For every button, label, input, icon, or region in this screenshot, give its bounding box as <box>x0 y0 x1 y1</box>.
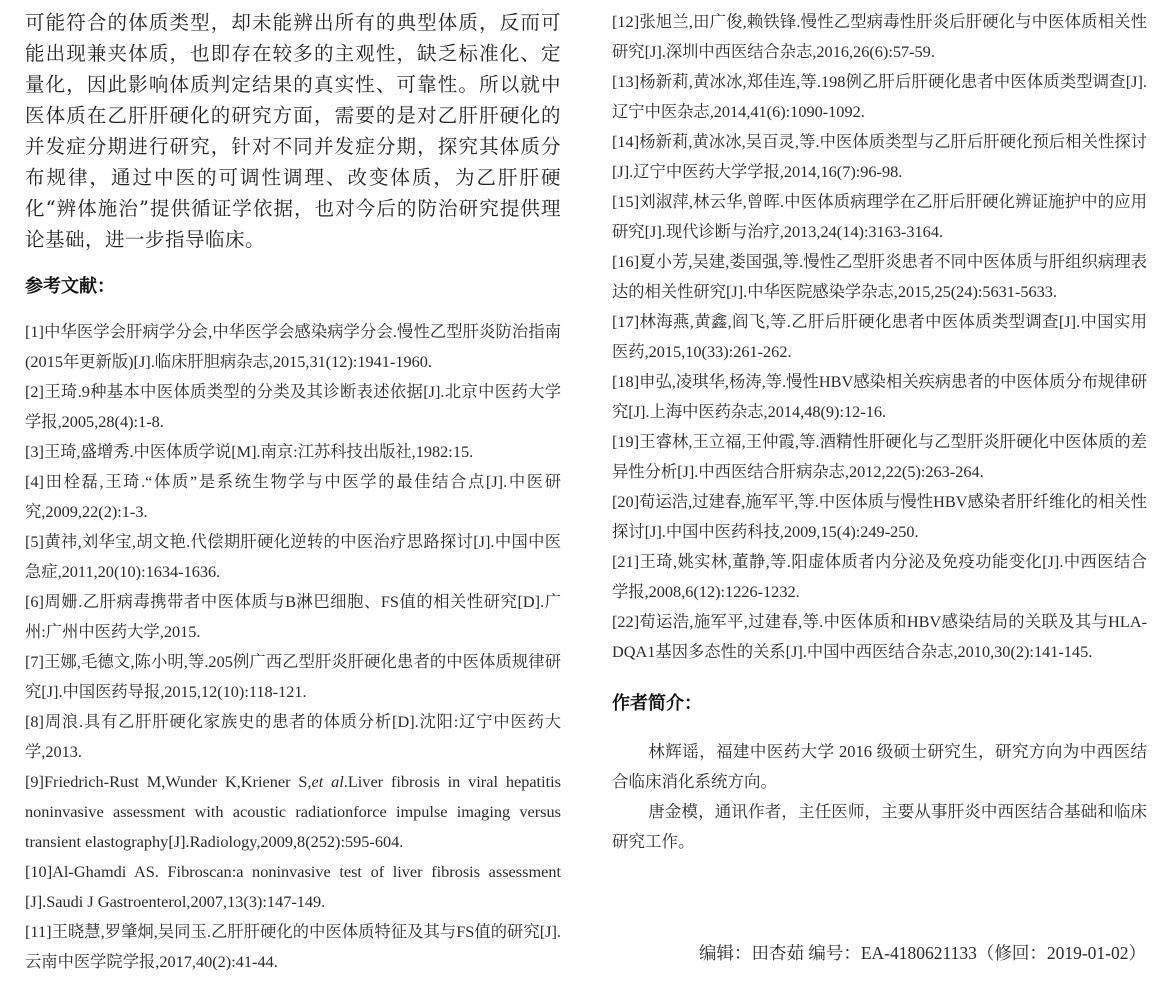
reference-item: [4]田栓磊,王琦.“体质”是系统生物学与中医学的最佳结合点[J].中医研究,2… <box>25 467 561 527</box>
reference-item: [2]王琦.9种基本中医体质类型的分类及其诊断表述依据[J].北京中医药大学学报… <box>25 377 561 437</box>
reference-item: [11]王晓慧,罗肇炯,吴同玉.乙肝肝硬化的中医体质特征及其与FS值的研究[J]… <box>25 917 561 977</box>
reference-item: [21]王琦,姚实林,董静,等.阳虚体质者内分泌及免疫功能变化[J].中西医结合… <box>612 547 1147 607</box>
reference-item: [1]中华医学会肝病学分会,中华医学会感染病学分会.慢性乙型肝炎防治指南(201… <box>25 317 561 377</box>
reference-item: [12]张旭兰,田广俊,赖铁锋.慢性乙型病毒性肝炎后肝硬化与中医体质相关性研究[… <box>612 7 1147 67</box>
reference-item: [7]王娜,毛德文,陈小明,等.205例广西乙型肝炎肝硬化患者的中医体质规律研究… <box>25 647 561 707</box>
reference-item: [22]荀运浩,施军平,过建春,等.中医体质和HBV感染结局的关联及其与HLA-… <box>612 607 1147 667</box>
reference-item: [18]申弘,凌琪华,杨涛,等.慢性HBV感染相关疾病患者的中医体质分布规律研究… <box>612 367 1147 427</box>
reference-item: [15]刘淑萍,林云华,曾晖.中医体质病理学在乙肝后肝硬化辨证施护中的应用研究[… <box>612 187 1147 247</box>
right-column: [12]张旭兰,田广俊,赖铁锋.慢性乙型病毒性肝炎后肝硬化与中医体质相关性研究[… <box>612 0 1147 857</box>
reference-item: [13]杨新莉,黄冰冰,郑佳连,等.198例乙肝后肝硬化患者中医体质类型调查[J… <box>612 67 1147 127</box>
author-bio-paragraph: 林辉谣，福建中医药大学 2016 级硕士研究生，研究方向为中西医结合临床消化系统… <box>612 737 1147 797</box>
reference-item: [5]黄祎,刘华宝,胡文艳.代偿期肝硬化逆转的中医治疗思路探讨[J].中国中医急… <box>25 527 561 587</box>
reference-item: [16]夏小芳,吴建,娄国强,等.慢性乙型肝炎患者不同中医体质与肝组织病理表达的… <box>612 247 1147 307</box>
reference-item: [14]杨新莉,黄冰冰,吴百灵,等.中医体质类型与乙肝后肝硬化预后相关性探讨[J… <box>612 127 1147 187</box>
editor-info: 编辑：田杏茹 编号：EA-4180621133（修回：2019-01-02） <box>699 940 1146 965</box>
author-bio-paragraph: 唐金模，通讯作者，主任医师，主要从事肝炎中西医结合基础和临床研究工作。 <box>612 797 1147 857</box>
reference-item: [6]周姗.乙肝病毒携带者中医体质与B淋巴细胞、FS值的相关性研究[D].广州:… <box>25 587 561 647</box>
reference-item: [9]Friedrich-Rust M,Wunder K,Kriener S,e… <box>25 767 561 857</box>
author-bio-heading: 作者简介： <box>612 689 1147 715</box>
reference-item: [3]王琦,盛增秀.中医体质学说[M].南京:江苏科技出版社,1982:15. <box>25 437 561 467</box>
reference-item: [19]王睿林,王立福,王仲霞,等.酒精性肝硬化与乙型肝炎肝硬化中医体质的差异性… <box>612 427 1147 487</box>
reference-list-left: [1]中华医学会肝病学分会,中华医学会感染病学分会.慢性乙型肝炎防治指南(201… <box>25 317 561 977</box>
body-paragraph: 可能符合的体质类型，却未能辨出所有的典型体质，反而可能出现兼夹体质，也即存在较多… <box>25 7 561 255</box>
references-heading: 参考文献： <box>25 272 561 298</box>
reference-item: [17]林海燕,黄鑫,阎飞,等.乙肝后肝硬化患者中医体质类型调查[J].中国实用… <box>612 307 1147 367</box>
author-bio: 林辉谣，福建中医药大学 2016 级硕士研究生，研究方向为中西医结合临床消化系统… <box>612 737 1147 857</box>
left-column: 可能符合的体质类型，却未能辨出所有的典型体质，反而可能出现兼夹体质，也即存在较多… <box>25 0 561 977</box>
reference-item: [20]荀运浩,过建春,施军平,等.中医体质与慢性HBV感染者肝纤维化的相关性探… <box>612 487 1147 547</box>
reference-list-right: [12]张旭兰,田广俊,赖铁锋.慢性乙型病毒性肝炎后肝硬化与中医体质相关性研究[… <box>612 7 1147 667</box>
reference-item: [10]Al-Ghamdi AS. Fibroscan:a noninvasiv… <box>25 857 561 917</box>
reference-item: [8]周浪.具有乙肝肝硬化家族史的患者的体质分析[D].沈阳:辽宁中医药大学,2… <box>25 707 561 767</box>
